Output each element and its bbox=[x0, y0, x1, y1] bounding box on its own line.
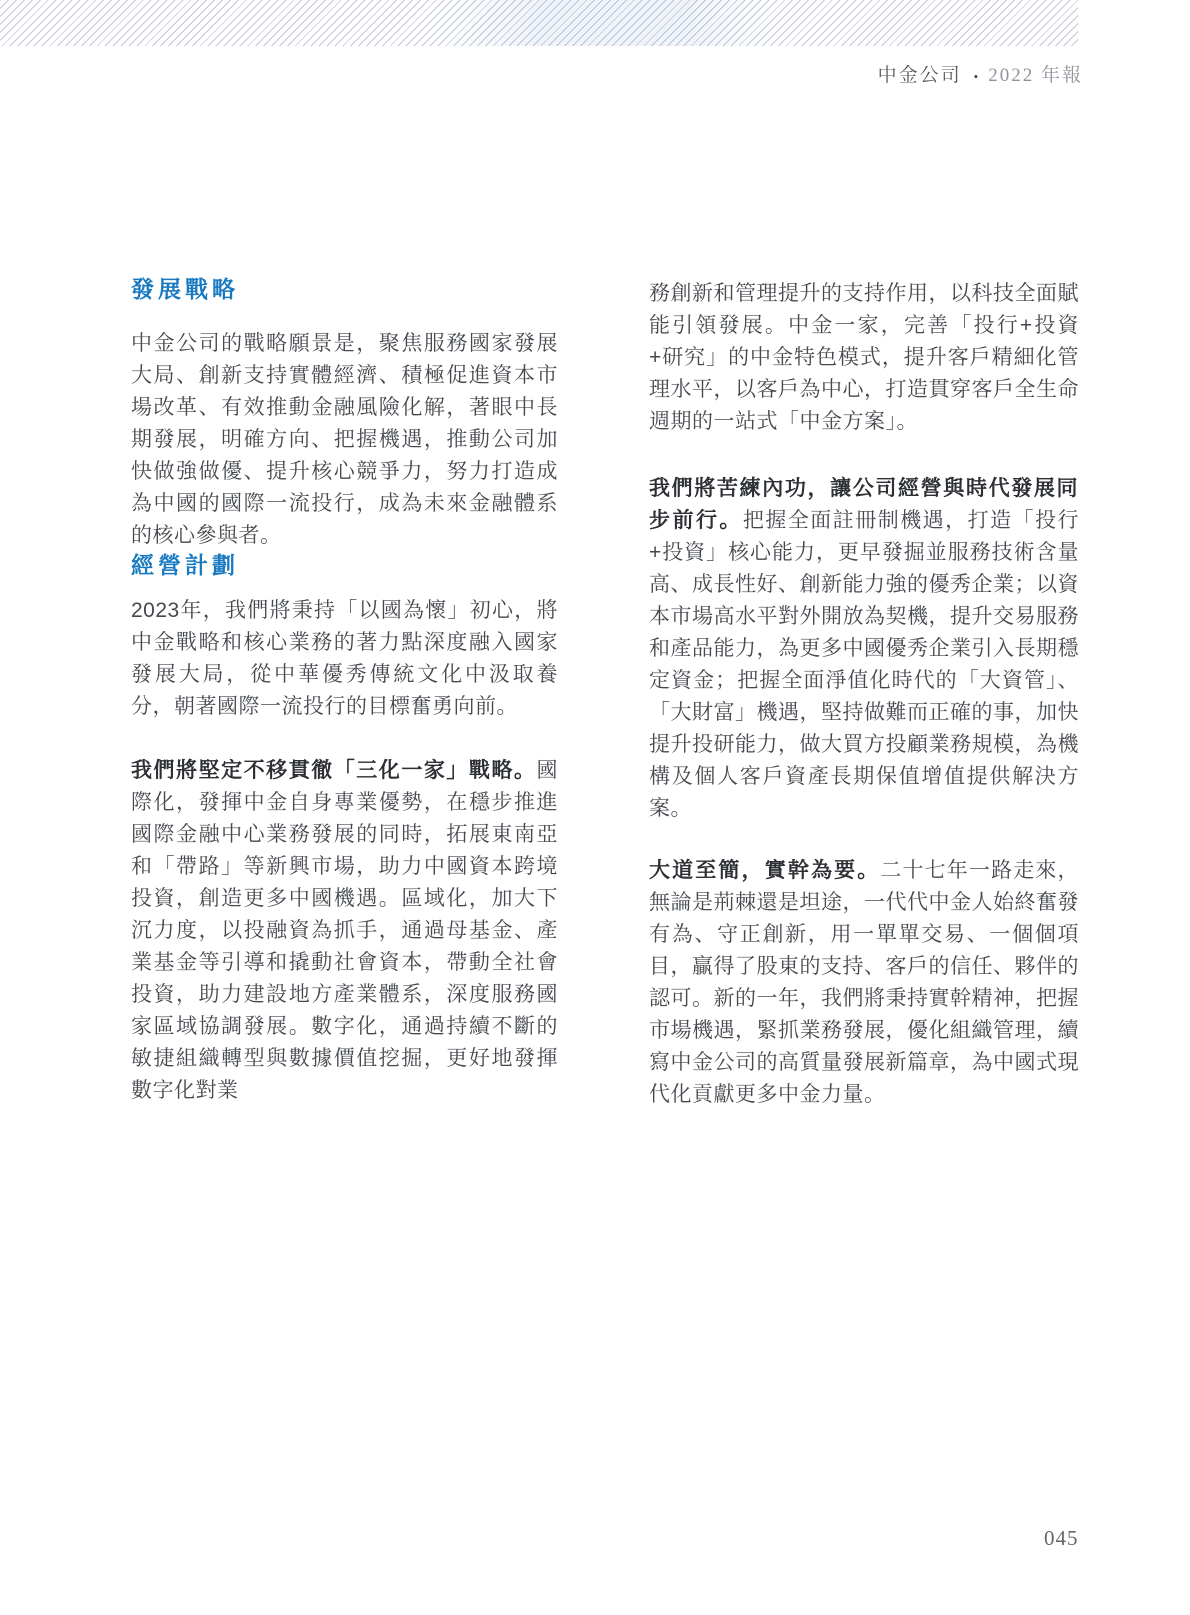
running-header: 中金公司 • 2022 年報 bbox=[878, 60, 1083, 87]
company-name: 中金公司 bbox=[878, 60, 962, 87]
paragraph-digitalization-continued: 務創新和管理提升的支持作用，以科技全面賦能引領發展。中金一家，完善「投行+投資+… bbox=[649, 278, 1079, 438]
paragraph-internal-strength: 我們將苦練內功，讓公司經營與時代發展同步前行。把握全面註冊制機遇，打造「投行+投… bbox=[649, 473, 1079, 825]
page-number: 045 bbox=[1044, 1526, 1079, 1551]
left-text-column: 發展戰略 中金公司的戰略願景是，聚焦服務國家發展大局、創新支持實體經濟、積極促進… bbox=[131, 276, 558, 1107]
hatch-pattern-band bbox=[0, 0, 1078, 46]
paragraph-body-text: 二十七年一路走來，無論是荊棘還是坦途，一代代中金人始終奮發有為、守正創新，用一單… bbox=[649, 859, 1079, 1106]
paragraph-three-transformations: 我們將堅定不移貫徹「三化一家」戰略。國際化，發揮中金自身專業優勢，在穩步推進國際… bbox=[131, 755, 558, 1107]
paragraph-body-text: 國際化，發揮中金自身專業優勢，在穩步推進國際金融中心業務發展的同時，拓展東南亞和… bbox=[131, 759, 558, 1102]
paragraph-body-text: 把握全面註冊制機遇，打造「投行+投資」核心能力，更早發掘並服務技術含量高、成長性… bbox=[649, 509, 1079, 820]
paragraph-strategy-vision: 中金公司的戰略願景是，聚焦服務國家發展大局、創新支持實體經濟、積極促進資本市場改… bbox=[131, 328, 558, 552]
bullet-separator-icon: • bbox=[974, 69, 979, 85]
right-text-column: 務創新和管理提升的支持作用，以科技全面賦能引領發展。中金一家，完善「投行+投資+… bbox=[649, 278, 1079, 1111]
section-heading-business-plan: 經營計劃 bbox=[131, 552, 558, 578]
report-edition: 2022 年報 bbox=[988, 60, 1083, 87]
section-heading-development-strategy: 發展戰略 bbox=[131, 276, 558, 302]
paragraph-lead-bold: 我們將堅定不移貫徹「三化一家」戰略。 bbox=[131, 759, 537, 782]
paragraph-2023-plan: 2023年，我們將秉持「以國為懷」初心，將中金戰略和核心業務的著力點深度融入國家… bbox=[131, 595, 558, 723]
paragraph-lead-bold: 大道至簡，實幹為要。 bbox=[649, 859, 880, 882]
annual-report-page: 中金公司 • 2022 年報 發展戰略 中金公司的戰略願景是，聚焦服務國家發展大… bbox=[0, 0, 1190, 1615]
paragraph-pragmatism: 大道至簡，實幹為要。二十七年一路走來，無論是荊棘還是坦途，一代代中金人始終奮發有… bbox=[649, 855, 1079, 1111]
